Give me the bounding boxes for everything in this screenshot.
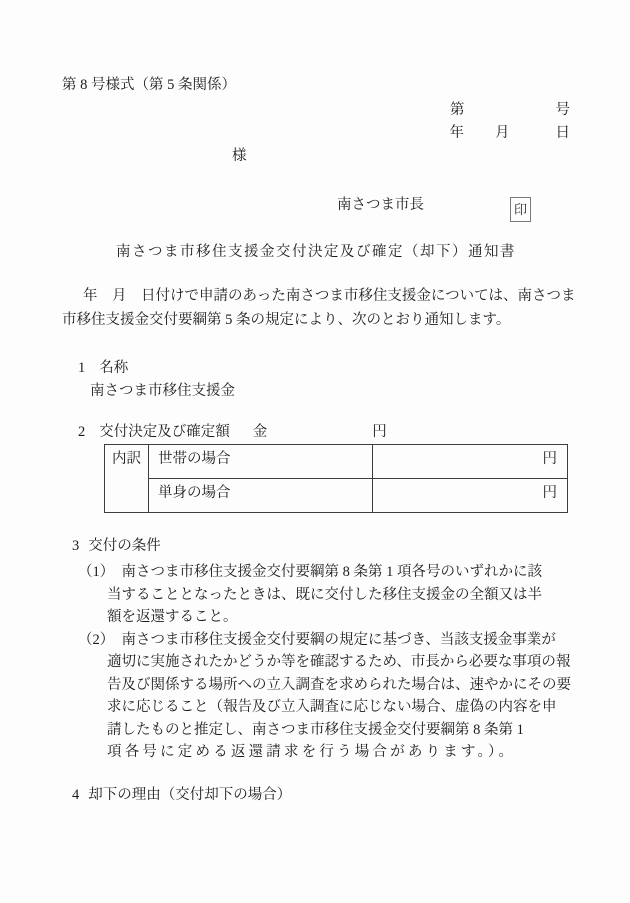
single-amount-cell: 円 [373, 479, 568, 513]
doc-number-prefix: 第 [450, 102, 465, 118]
household-case-label-cell: 世帯の場合 [149, 445, 373, 479]
condition-line: 額を返還すること。 [107, 606, 570, 629]
sender-title: 南さつま市長 [337, 197, 424, 213]
spacer [85, 371, 99, 372]
doc-number-suffix: 号 [556, 102, 571, 118]
condition-line: 項各号に定める返還請求を行う場合があります。）。 [107, 741, 570, 764]
section4-heading: 4却下の理由（交付却下の場合） [72, 784, 570, 807]
addressee-line: 様 [232, 145, 570, 168]
condition-line: 告及び関係する場所への立入調査を求められた場合は、速やかにその要 [107, 674, 570, 697]
section2-heading: 2交付決定及び確定額金円 [78, 421, 570, 444]
document-number-line: 第号 [62, 99, 570, 122]
date-year-blank [464, 136, 495, 137]
form-number: 第 8 号様式（第 5 条関係） [62, 74, 570, 97]
condition-line: （2） 南さつま市移住支援金交付要綱の規定に基づき、当該支援金事業が [78, 629, 570, 652]
condition-item-1: （1） 南さつま市移住支援金交付要綱第 8 条第 1 項各号のいずれかに該 当す… [62, 561, 570, 629]
date-month-label: 月 [495, 125, 510, 141]
section4-label: 却下の理由（交付却下の場合） [88, 787, 291, 803]
spacer [230, 435, 253, 436]
date-line: 年月日 [62, 122, 570, 145]
section1-value: 南さつま市移住支援金 [90, 380, 570, 403]
section4-number: 4 [72, 787, 79, 803]
doc-number-blank [465, 113, 556, 114]
section1-number: 1 [78, 360, 85, 376]
condition-line: （1） 南さつま市移住支援金交付要綱第 8 条第 1 項各号のいずれかに該 [78, 561, 570, 584]
intro-line: 年 月 日付けで申請のあった南さつま市移住支援金については、南さつま [62, 284, 570, 308]
section1-heading: 1名称 [78, 357, 570, 380]
condition-line: 当することとなったときは、既に交付した移住支援金の全額又は半 [107, 584, 570, 607]
spacer [85, 435, 99, 436]
amount-breakdown-table: 内訳 世帯の場合 円 単身の場合 円 [104, 444, 568, 513]
section2-number: 2 [78, 424, 85, 440]
seal-box: 印 [510, 197, 531, 222]
amount-prefix: 金 [253, 424, 268, 440]
sender-line: 南さつま市長印 [337, 193, 570, 217]
condition-line: 適切に実施されたかどうか等を確認するため、市長から必要な事項の報 [107, 651, 570, 674]
table-row: 単身の場合 円 [105, 479, 568, 513]
household-amount-cell: 円 [373, 445, 568, 479]
section2-label: 交付決定及び確定額 [99, 424, 230, 440]
breakdown-header-cell: 内訳 [105, 445, 149, 513]
section3-number: 3 [72, 538, 79, 554]
intro-paragraph: 年 月 日付けで申請のあった南さつま市移住支援金については、南さつま 市移住支援… [62, 284, 570, 332]
condition-item-2: （2） 南さつま市移住支援金交付要綱の規定に基づき、当該支援金事業が 適切に実施… [62, 629, 570, 764]
intro-line: 市移住支援金交付要綱第 5 条の規定により、次のとおり通知します。 [62, 308, 570, 332]
amount-blank [267, 435, 372, 436]
condition-line: 請したものと推定し、南さつま市移住支援金交付要綱第 8 条第 1 [107, 719, 570, 742]
condition-line: 求に応じること（報告及び立入調査に応じない場合、虚偽の内容を申 [107, 696, 570, 719]
table-row: 内訳 世帯の場合 円 [105, 445, 568, 479]
document-page: 第 8 号様式（第 5 条関係） 第号 年月日 様 南さつま市長印 南さつま市移… [0, 0, 630, 903]
addressee-suffix: 様 [232, 148, 247, 164]
spacer [79, 798, 88, 799]
date-day-label: 日 [556, 125, 571, 141]
document-title: 南さつま市移住支援金交付決定及び確定（却下）通知書 [62, 241, 570, 264]
date-year-label: 年 [450, 125, 465, 141]
section3-heading: 3交付の条件 [72, 535, 570, 558]
date-month-blank [510, 136, 556, 137]
section1-label: 名称 [99, 360, 128, 376]
spacer [79, 549, 88, 550]
section3-label: 交付の条件 [88, 538, 161, 554]
amount-unit: 円 [372, 424, 387, 440]
sender-name-blank [424, 208, 510, 209]
single-case-label-cell: 単身の場合 [149, 479, 373, 513]
